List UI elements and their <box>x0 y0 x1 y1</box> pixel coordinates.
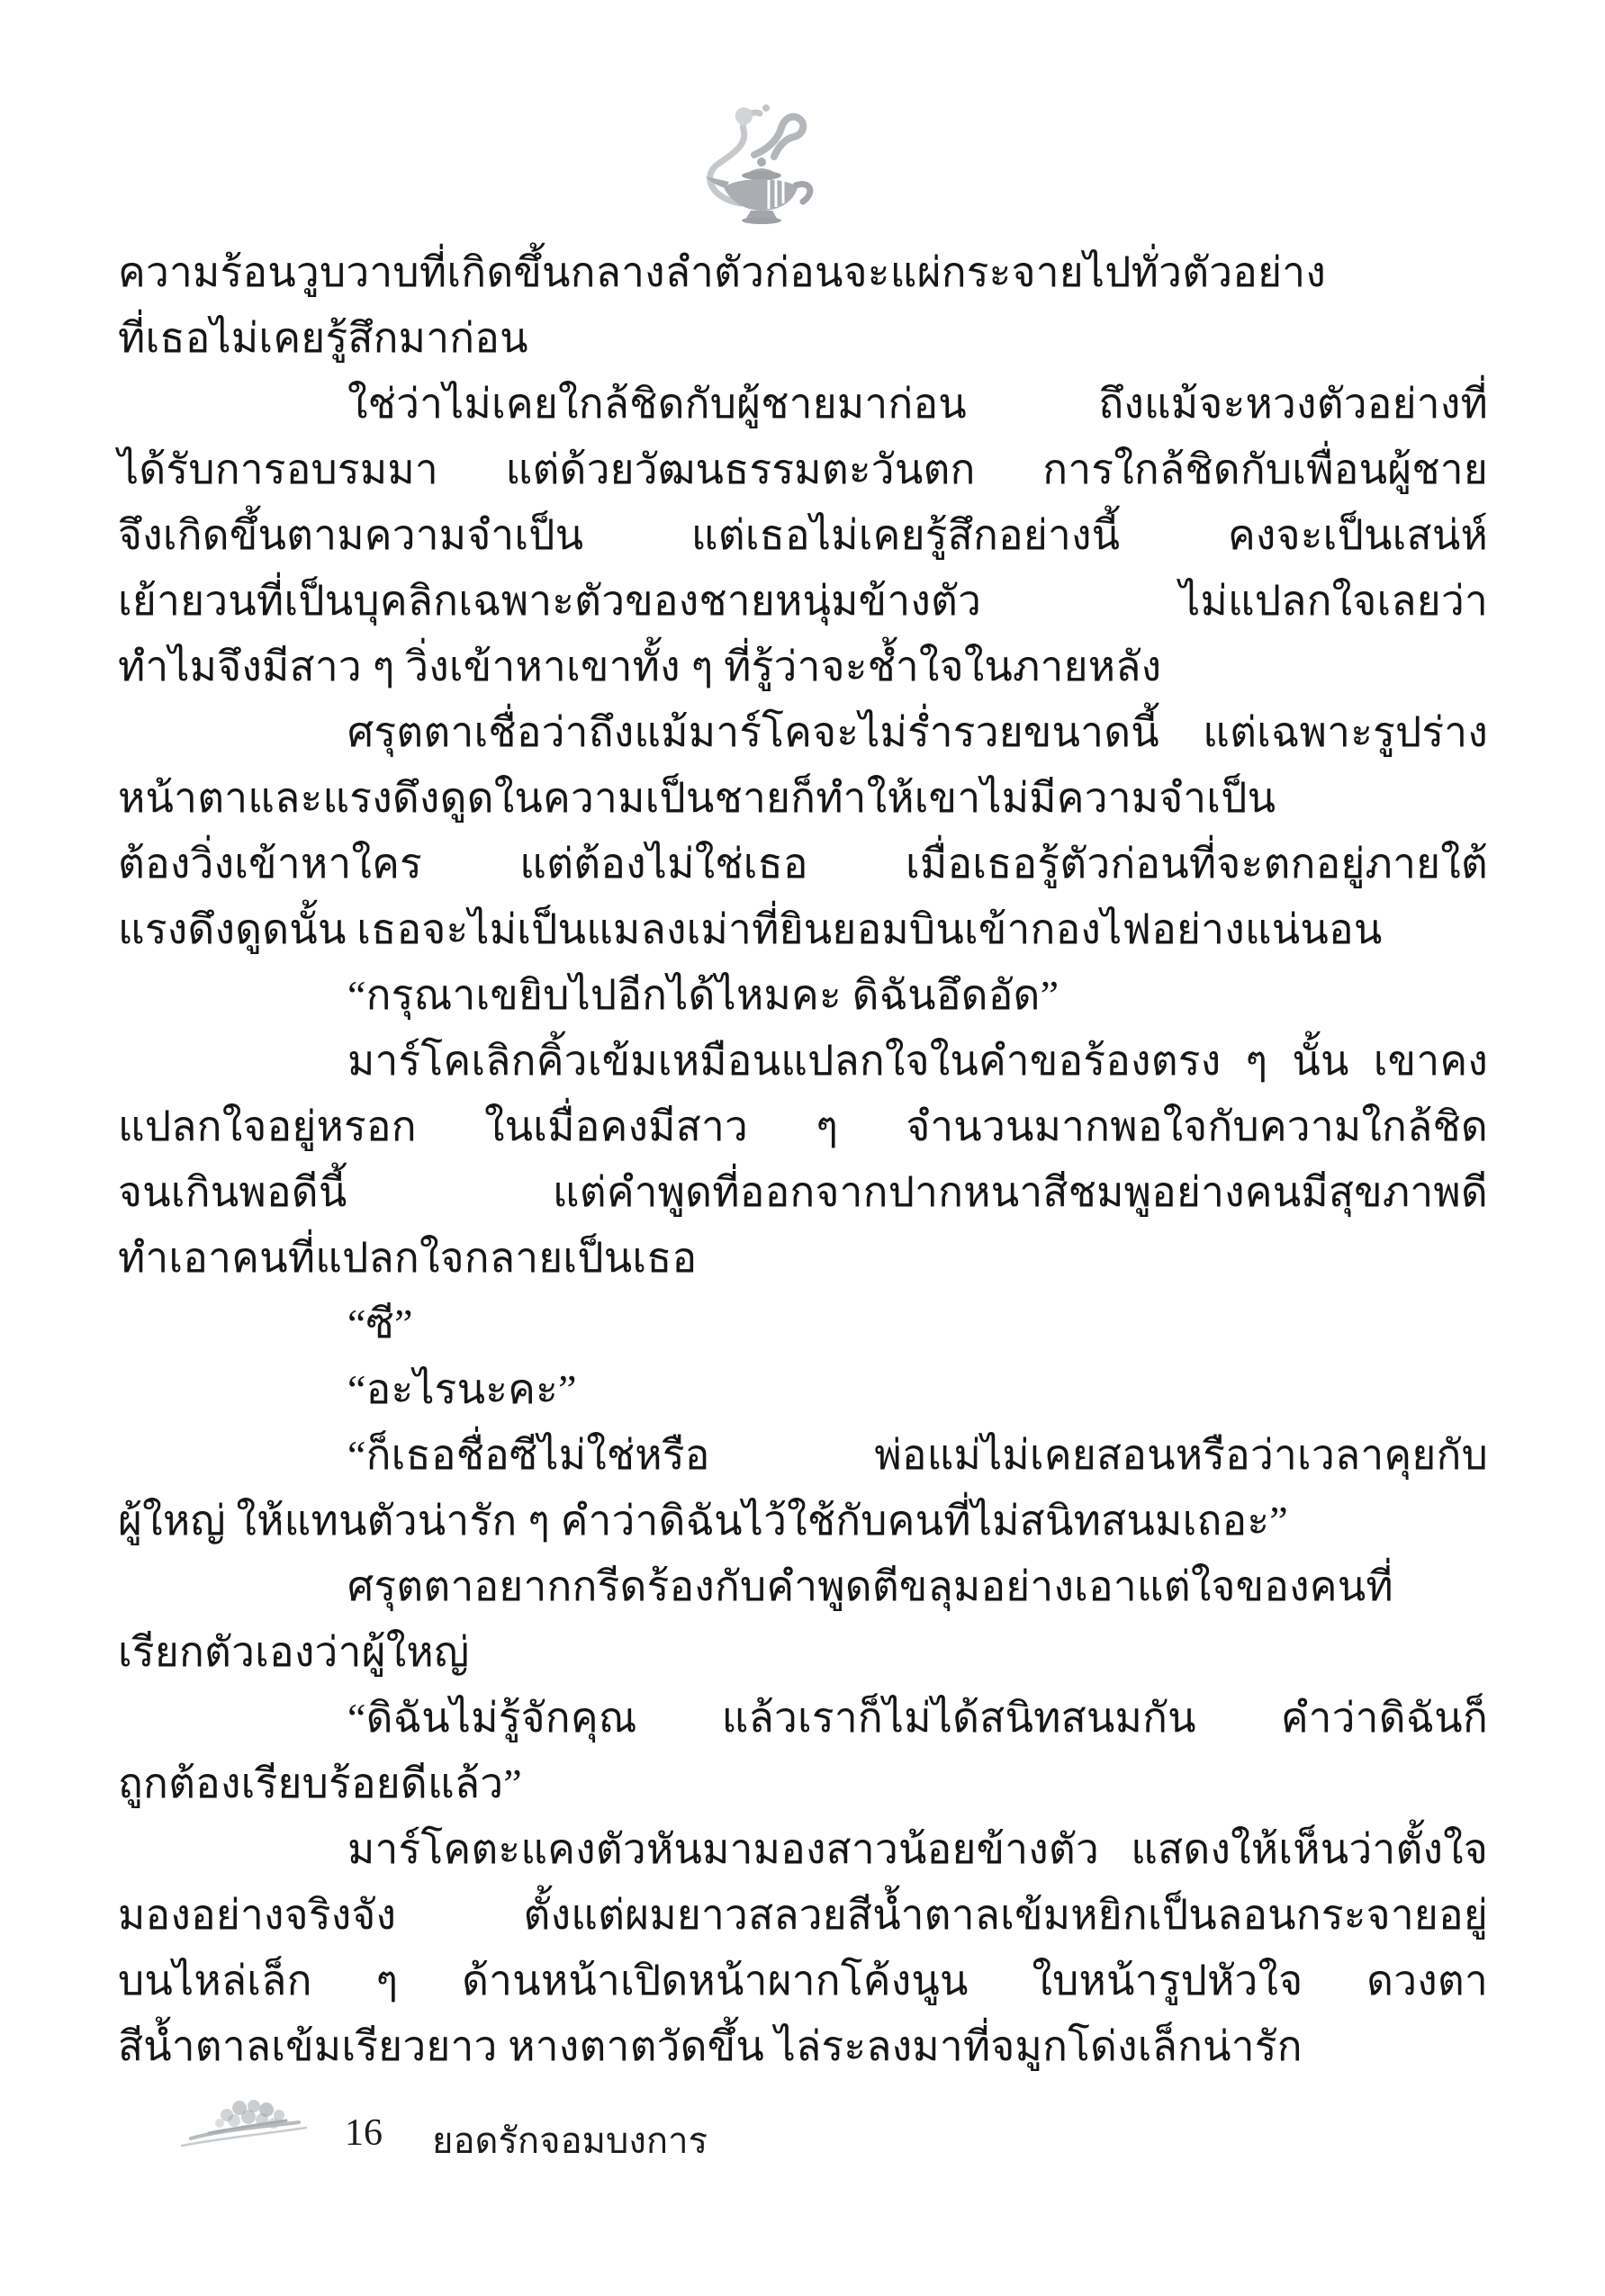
text-line: ต้องวิ่งเข้าหาใคร แต่ต้องไม่ใช่เธอ เมื่อ… <box>118 831 1488 896</box>
paragraph: ศรุตตาเชื่อว่าถึงแม้มาร์โคจะไม่ร่ำรวยขนา… <box>118 699 1488 962</box>
page-number: 16 <box>345 2111 383 2155</box>
page-footer: 16 ยอดรักจอมบงการ <box>0 2088 1605 2196</box>
paragraph: มาร์โคเลิกคิ้วเข้มเหมือนแปลกใจในคำขอร้อง… <box>118 1028 1488 1291</box>
text-line: “กรุณาเขยิบไปอีกได้ไหมคะ ดิฉันอึดอัด” <box>118 962 1488 1028</box>
text-line: จึงเกิดขึ้นตามความจำเป็น แต่เธอไม่เคยรู้… <box>118 502 1488 568</box>
text-line: ถูกต้องเรียบร้อยดีแล้ว” <box>118 1751 1488 1816</box>
text-line: เย้ายวนที่เป็นบุคลิกเฉพาะตัวของชายหนุ่มข… <box>118 568 1488 634</box>
paragraph: ความร้อนวูบวาบที่เกิดขึ้นกลางลำตัวก่อนจะ… <box>118 239 1488 371</box>
text-line: เรียกตัวเองว่าผู้ใหญ่ <box>118 1619 1488 1685</box>
text-line: ศรุตตาอยากกรีดร้องกับคำพูดตีขลุมอย่างเอา… <box>118 1553 1488 1619</box>
text-line: ผู้ใหญ่ ให้แทนตัวน่ารัก ๆ คำว่าดิฉันไว้ใ… <box>118 1488 1488 1553</box>
text-line: จนเกินพอดีนี้ แต่คำพูดที่ออกจากปากหนาสีช… <box>118 1159 1488 1225</box>
text-line: ได้รับการอบรมมา แต่ด้วยวัฒนธรรมตะวันตก ก… <box>118 437 1488 502</box>
text-line: แปลกใจอยู่หรอก ในเมื่อคงมีสาว ๆ จำนวนมาก… <box>118 1094 1488 1159</box>
text-line: สีน้ำตาลเข้มเรียวยาว หางตาตวัดขึ้น ไล่ระ… <box>118 2013 1488 2079</box>
genie-lamp-ornament-icon <box>691 97 835 232</box>
text-line: “อะไรนะคะ” <box>118 1356 1488 1422</box>
text-line: ใช่ว่าไม่เคยใกล้ชิดกับผู้ชายมาก่อน ถึงแม… <box>118 371 1488 437</box>
text-line: ความร้อนวูบวาบที่เกิดขึ้นกลางลำตัวก่อนจะ… <box>118 239 1488 305</box>
paragraph: ศรุตตาอยากกรีดร้องกับคำพูดตีขลุมอย่างเอา… <box>118 1553 1488 1685</box>
flower-sketch-icon <box>173 2095 317 2160</box>
text-line: แรงดึงดูดนั้น เธอจะไม่เป็นแมลงเม่าที่ยิน… <box>118 896 1488 962</box>
paragraph: “ซี” <box>118 1291 1488 1356</box>
body-text: ความร้อนวูบวาบที่เกิดขึ้นกลางลำตัวก่อนจะ… <box>118 239 1488 2079</box>
text-line: มาร์โคเลิกคิ้วเข้มเหมือนแปลกใจในคำขอร้อง… <box>118 1028 1488 1094</box>
text-line: หน้าตาและแรงดึงดูดในความเป็นชายก็ทำให้เข… <box>118 765 1488 831</box>
text-line: มองอย่างจริงจัง ตั้งแต่ผมยาวสลวยสีน้ำตาล… <box>118 1882 1488 1948</box>
text-line: บนไหล่เล็ก ๆ ด้านหน้าเปิดหน้าผากโค้งนูน … <box>118 1948 1488 2013</box>
paragraph: “กรุณาเขยิบไปอีกได้ไหมคะ ดิฉันอึดอัด” <box>118 962 1488 1028</box>
book-page: ความร้อนวูบวาบที่เกิดขึ้นกลางลำตัวก่อนจะ… <box>0 0 1605 2296</box>
text-line: “ดิฉันไม่รู้จักคุณ แล้วเราก็ไม่ได้สนิทสน… <box>118 1685 1488 1751</box>
paragraph: “ดิฉันไม่รู้จักคุณ แล้วเราก็ไม่ได้สนิทสน… <box>118 1685 1488 1816</box>
text-line: ที่เธอไม่เคยรู้สึกมาก่อน <box>118 305 1488 371</box>
paragraph: มาร์โคตะแคงตัวหันมามองสาวน้อยข้างตัว แสด… <box>118 1816 1488 2079</box>
text-line: ทำไมจึงมีสาว ๆ วิ่งเข้าหาเขาทั้ง ๆ ที่รู… <box>118 634 1488 699</box>
text-line: “ก็เธอชื่อซีไม่ใช่หรือ พ่อแม่ไม่เคยสอนหร… <box>118 1422 1488 1488</box>
text-line: มาร์โคตะแคงตัวหันมามองสาวน้อยข้างตัว แสด… <box>118 1816 1488 1882</box>
paragraph: ใช่ว่าไม่เคยใกล้ชิดกับผู้ชายมาก่อน ถึงแม… <box>118 371 1488 699</box>
paragraph: “อะไรนะคะ” <box>118 1356 1488 1422</box>
text-line: ทำเอาคนที่แปลกใจกลายเป็นเธอ <box>118 1225 1488 1291</box>
paragraph: “ก็เธอชื่อซีไม่ใช่หรือ พ่อแม่ไม่เคยสอนหร… <box>118 1422 1488 1553</box>
book-title: ยอดรักจอมบงการ <box>432 2111 708 2169</box>
text-line: ศรุตตาเชื่อว่าถึงแม้มาร์โคจะไม่ร่ำรวยขนา… <box>118 699 1488 765</box>
text-line: “ซี” <box>118 1291 1488 1356</box>
